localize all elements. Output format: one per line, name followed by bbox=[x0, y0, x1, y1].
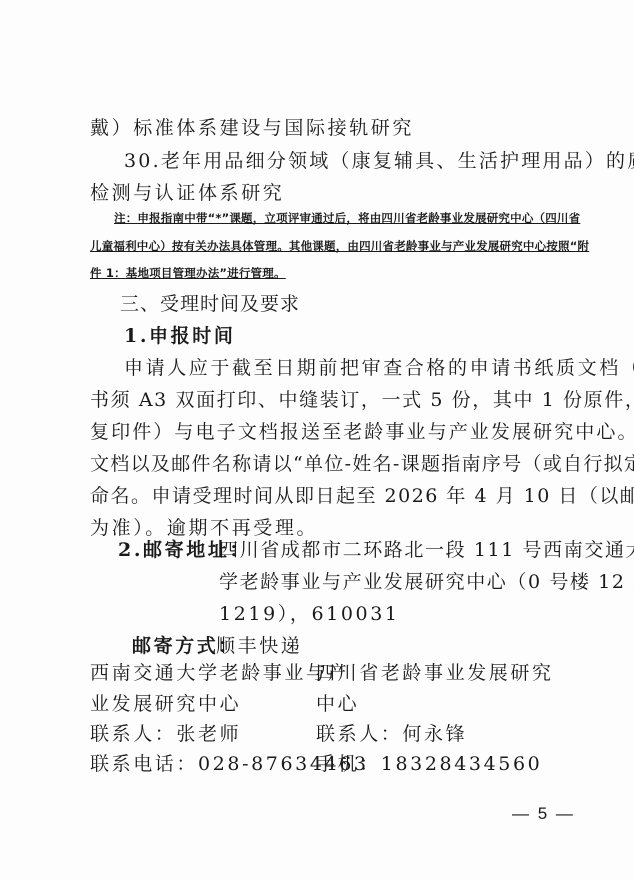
note-line: 注：申报指南中带“*”课题，立项评审通过后，将由四川省老龄事业发展研究中心（四川… bbox=[114, 211, 580, 225]
body-line: 书须 A3 双面打印、中缝装订，一式 5 份，其中 1 份原件，4 份 bbox=[90, 388, 634, 412]
note-line: 儿童福利中心）按有关办法具体管理。其他课题，由四川省老龄事业与产业发展研究中心按… bbox=[90, 239, 589, 253]
body-line: 命名。申请受理时间从即日起至 2026 年 4 月 10 日（以邮寄邮戳 bbox=[90, 484, 634, 508]
contact-org: 业发展研究中心 bbox=[90, 692, 241, 716]
body-line: 复印件）与电子文档报送至老龄事业与产业发展研究中心。电子 bbox=[90, 420, 634, 444]
address-line: 学老龄事业与产业发展研究中心（0 号楼 12 层 bbox=[219, 570, 634, 594]
body-line: 戴）标准体系建设与国际接轨研究 bbox=[90, 116, 414, 140]
address-line: 四川省成都市二环路北一段 111 号西南交通大 bbox=[219, 538, 634, 562]
body-line: 为准）。逾期不再受理。 bbox=[90, 516, 318, 540]
body-line: 检测与认证体系研究 bbox=[90, 181, 284, 205]
contact-phone: 手机：18328434560 bbox=[316, 752, 542, 776]
body-line: 文档以及邮件名称请以“单位-姓名-课题指南序号（或自行拟定）” bbox=[90, 452, 634, 476]
shipping-value: 顺丰快递 bbox=[216, 634, 302, 658]
contact-org: 西南交通大学老龄事业与产 bbox=[90, 661, 349, 685]
topic-30-line: 30.老年用品细分领域（康复辅具、生活护理用品）的质量 bbox=[124, 149, 634, 173]
subsection-title: 1.申报时间 bbox=[124, 324, 235, 348]
address-line: 1219），610031 bbox=[219, 602, 400, 626]
note-line: 件 1：基地项目管理办法”进行管理。 bbox=[90, 266, 286, 280]
contact-org: 中心 bbox=[316, 692, 359, 716]
page-number: — 5 — bbox=[512, 804, 575, 824]
contact-person: 联系人：张老师 bbox=[90, 722, 241, 746]
section-heading: 三、受理时间及要求 bbox=[120, 292, 300, 316]
body-line: 申请人应于截至日期前把审查合格的申请书纸质文档（申报 bbox=[124, 356, 634, 380]
contact-person: 联系人：何永锋 bbox=[316, 722, 467, 746]
contact-org: 四川省老龄事业发展研究 bbox=[316, 661, 554, 685]
